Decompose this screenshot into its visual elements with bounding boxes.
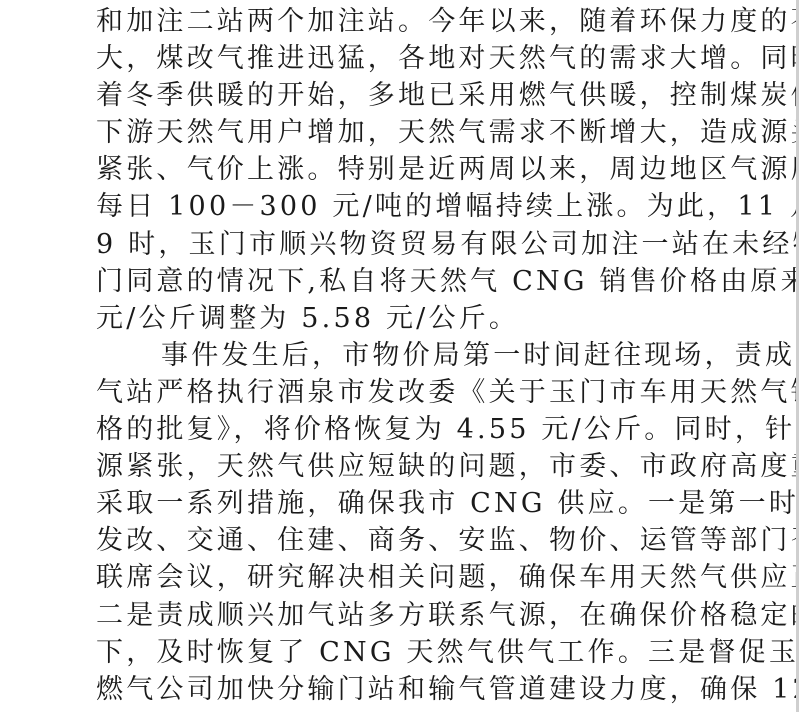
text-line: 燃气公司加快分输门站和输气管道建设力度，确保 12 月 30 [96, 671, 696, 708]
text-line: 二是责成顺兴加气站多方联系气源，在确保价格稳定的前提 [96, 597, 696, 634]
text-line: 下，及时恢复了 CNG 天然气供气工作。三是督促玉门绿欣 [96, 634, 696, 671]
text-line: 下游天然气用户增加，天然气需求不断增大，造成源头气源 [96, 114, 696, 151]
text-line: 9 时，玉门市顺兴物资贸易有限公司加注一站在未经物价部 [96, 226, 696, 263]
text-line: 每日 100－300 元/吨的增幅持续上涨。为此，11 月 17 日上午 [96, 188, 696, 225]
text-line: 和加注二站两个加注站。今年以来，随着环保力度的不断加 [96, 3, 696, 40]
text-line: 发改、交通、住建、商务、安监、物价、运管等部门召开了 [96, 522, 696, 559]
text-line: 源紧张，天然气供应短缺的问题，市委、市政府高度重视， [96, 448, 696, 485]
text-line: 着冬季供暖的开始，多地已采用燃气供暖，控制煤炭供暖， [96, 77, 696, 114]
paragraph-start-line: 事件发生后，市物价局第一时间赶往现场，责成顺兴加 [96, 337, 696, 374]
text-line: 紧张、气价上涨。特别是近两周以来，周边地区气源厂均以 [96, 151, 696, 188]
text-line: 大，煤改气推进迅猛，各地对天然气的需求大增。同时，随 [96, 40, 696, 77]
document-page: 和加注二站两个加注站。今年以来，随着环保力度的不断加 大，煤改气推进迅猛，各地对… [96, 3, 696, 708]
text-line: 采取一系列措施，确保我市 CNG 供应。一是第一时间召集 [96, 485, 696, 522]
text-line: 门同意的情况下,私自将天然气 CNG 销售价格由原来的 4.55 [96, 263, 696, 300]
text-line: 联席会议，研究解决相关问题，确保车用天然气供应正常。 [96, 559, 696, 596]
text-line: 元/公斤调整为 5.58 元/公斤。 [96, 300, 696, 337]
text-line: 格的批复》，将价格恢复为 4.55 元/公斤。同时，针对源头气 [96, 411, 696, 448]
text-line: 气站严格执行酒泉市发改委《关于玉门市车用天然气销售价 [96, 374, 696, 411]
